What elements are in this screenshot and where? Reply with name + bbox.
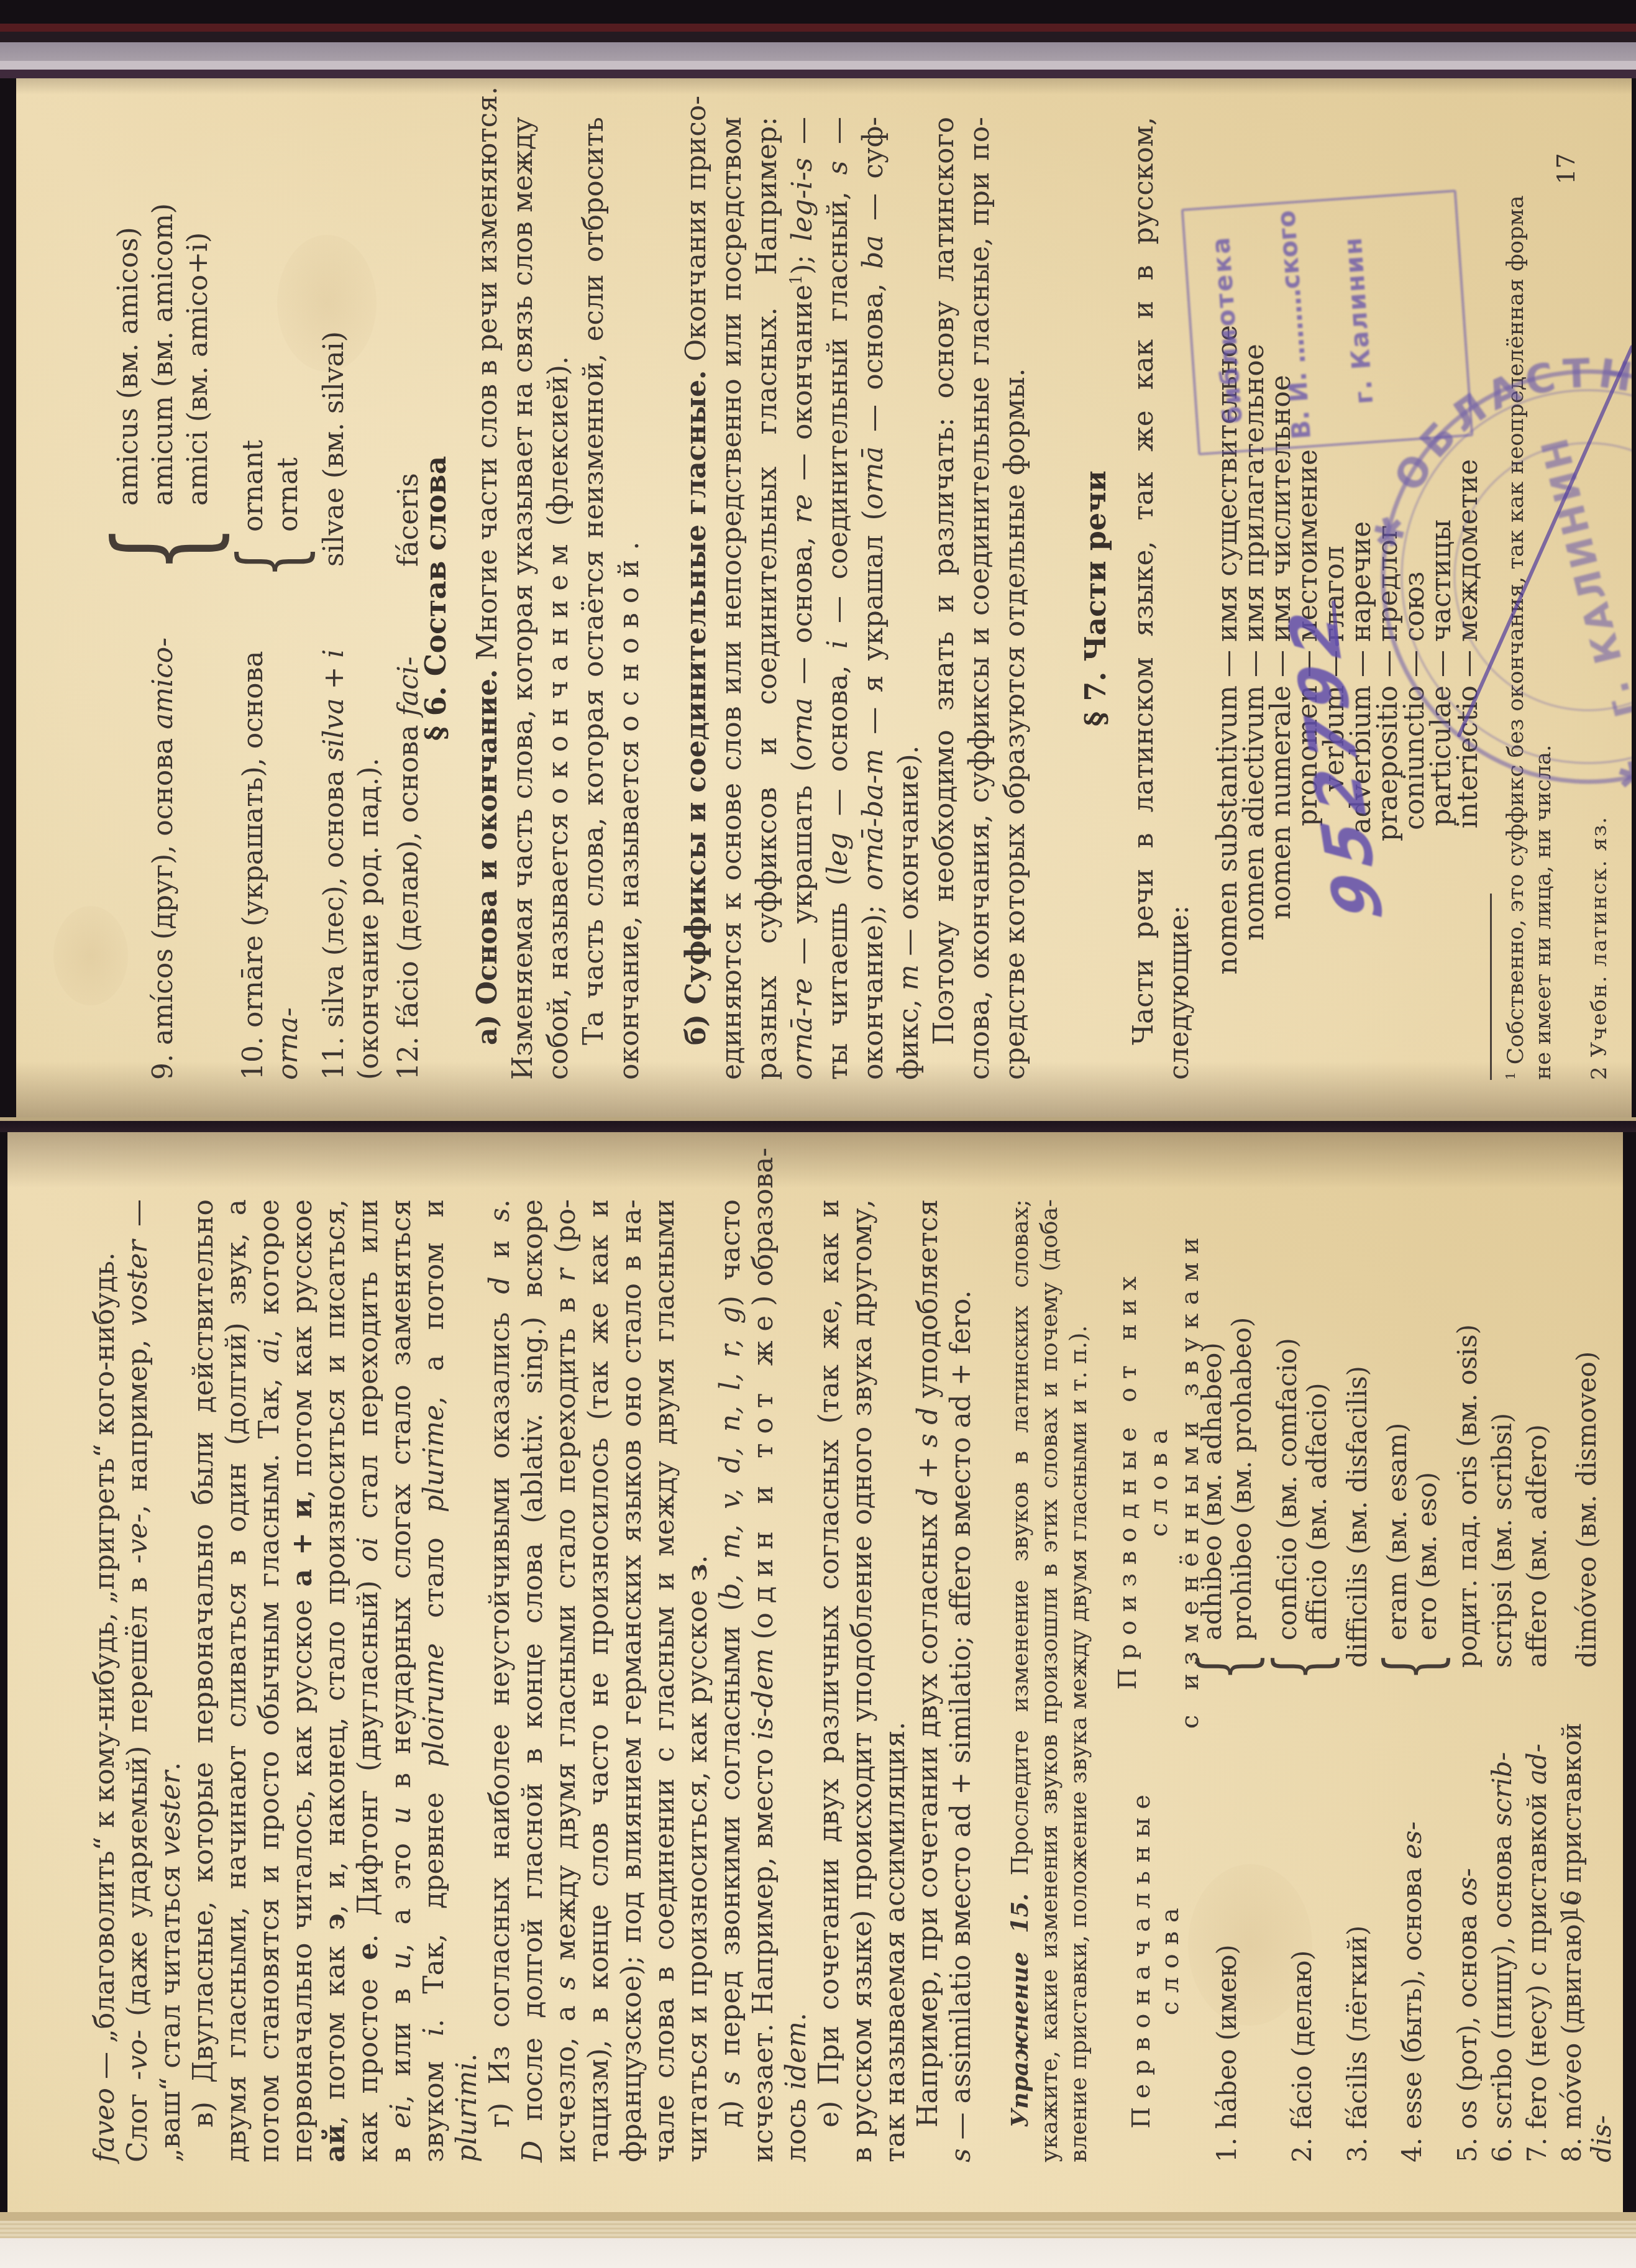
page-16-region: faveo — „благоволить“ к кому-нибудь, „пр… xyxy=(7,1132,1623,2212)
table-row: 10. ornāre (украшать), основа orna-{orna… xyxy=(230,111,312,1080)
page-edge-stack-dark xyxy=(0,2212,1636,2221)
scanner-background-bottom xyxy=(0,2238,1636,2268)
text-line: а) Основа и окончание. Многие части слов… xyxy=(470,117,505,1080)
table-row: 7. fero (несу) с приставкой ad- affero (… xyxy=(1522,1193,1552,2162)
text-line: собой, называется окончанием (флексией). xyxy=(541,117,576,1080)
main-text: faveo — „благоволить“ к кому-нибудь, „пр… xyxy=(88,1199,977,2162)
text-line: в) Двугласные, которые первоначально был… xyxy=(187,1199,220,2162)
text-line: plurimi. xyxy=(450,1199,483,2162)
text-line: в русском языке) происходит уподобление … xyxy=(846,1199,879,2162)
text-line: окончание); ornā-ba-m — я украшал (ornā … xyxy=(856,117,891,1080)
text-line: Например, при сочетании двух согласных d… xyxy=(912,1199,944,2162)
table-row: 2. fácio (делаю){conficio (вм. comfacio)… xyxy=(1267,1193,1337,2162)
text-line: s — assimilatio вместо ad + similatio; a… xyxy=(944,1199,977,2162)
table-row: 1. hábeo (имею){adhibeo (вм. adhabeo)pro… xyxy=(1192,1193,1262,2162)
table-row: 8. móveo (двигаю) с приставкой dis- dimó… xyxy=(1557,1193,1617,2162)
text-line: чале слова в соединении с гласным и межд… xyxy=(648,1199,681,2162)
page-17-region: 9. amícos (друг), основа amico-{amicus (… xyxy=(16,78,1632,1117)
text-line: Та часть слова, которая остаётся неизмен… xyxy=(576,117,611,1080)
brace-glyph: { xyxy=(98,524,229,573)
text-line: французское); под влиянием германских яз… xyxy=(615,1199,648,2162)
text-line: д) s перед звонкими согласными (b, m, v,… xyxy=(714,1199,747,2162)
table-header-right-line1: Производные от них слова xyxy=(1113,1268,1173,1690)
brace-glyph xyxy=(1497,1675,1507,1685)
text-line: как простое е. Дифтонг (двугласный) oi с… xyxy=(352,1199,385,2162)
word-table: 1. hábeo (имею){adhibeo (вм. adhabeo)pro… xyxy=(1192,1193,1622,2162)
text-line: ты читаешь (leg — основа, i — соединител… xyxy=(820,117,856,1080)
brace-glyph: { xyxy=(1190,1653,1264,1681)
spine-shadow xyxy=(0,1121,1636,1132)
text-line: Изменяемая часть слова, которая указывае… xyxy=(505,117,541,1080)
table-row: 5. os (рот), основа os- родит. пад. oris… xyxy=(1453,1193,1483,2162)
brace-glyph xyxy=(1532,1675,1542,1685)
brace-glyph: { xyxy=(227,546,314,578)
text-line: Слог -vo- (даже ударяемый) перешёл в -ve… xyxy=(121,1199,154,2162)
table-header-left: Первоначальные слова xyxy=(1127,1771,1184,2144)
example-list: 9. amícos (друг), основа amico-{amicus (… xyxy=(102,111,431,1080)
brace-glyph xyxy=(1462,1675,1473,1685)
brace-glyph xyxy=(1352,1675,1363,1685)
brace-glyph xyxy=(1581,1675,1592,1685)
printer-signature-mark: 2 Учебн. латинск. яз. xyxy=(1587,816,1612,1080)
page-edge-band-gray xyxy=(0,42,1636,61)
text-line: вление приставки, положение звука между … xyxy=(1064,1199,1093,2162)
section-7-heading: § 7. Части речи xyxy=(1079,117,1112,1080)
table-header-left-label: Первоначальные слова xyxy=(1127,1786,1184,2128)
text-line: разных суффиксов и соединительных гласны… xyxy=(749,117,785,1080)
text-line: тацизм), в конце слов часто не произноси… xyxy=(582,1199,615,2162)
text-line: „ваш“ стал читаться vester. xyxy=(154,1199,187,2162)
brace-glyph xyxy=(317,574,327,584)
page-edge-stack xyxy=(0,2221,1636,2238)
page-number-17: 17 xyxy=(1552,153,1581,185)
page-16: faveo — „благоволить“ к кому-нибудь, „пр… xyxy=(7,1132,1623,2212)
table-row: 6. scribo (пишу), основа scrib- scripsi … xyxy=(1487,1193,1517,2162)
text-line: ай, потом как э, и, наконец, стало произ… xyxy=(319,1199,352,2162)
page-edge-shadow xyxy=(16,78,1632,94)
text-line: е) При сочетании двух различных согласны… xyxy=(813,1199,846,2162)
table-row: 3. fácilis (лёгкий) difficilis (вм. disf… xyxy=(1343,1193,1373,2162)
text-line: укажите, какие изменения звуков произошл… xyxy=(1035,1199,1064,2162)
stamp-inner-text: г. КАЛИНИН xyxy=(1533,431,1632,723)
cover-shadow xyxy=(0,32,1636,42)
text-line: исчезло, а s между двумя гласными стало … xyxy=(549,1199,582,2162)
paragraph-a: а) Основа и окончание. Многие части слов… xyxy=(470,117,647,1080)
scanned-book-spread: { "page17": { "page_number": "17", "sect… xyxy=(0,0,1636,2268)
text-line: звуком i. Так, древнее ploirume стало pl… xyxy=(418,1199,450,2162)
text-line: Части речи в латинском языке, так же как… xyxy=(1126,117,1161,1080)
text-line: окончание, называется основой. xyxy=(611,117,647,1080)
text-line: D после долгой гласной в конце слова (ab… xyxy=(516,1199,549,2162)
text-line: лось idem. xyxy=(780,1199,813,2162)
text-line: Упражнение 15. Проследите изменение звук… xyxy=(1005,1199,1035,2162)
book-cover-edge xyxy=(0,24,1636,32)
text-line: исчезает. Например, вместо is-dem (один … xyxy=(747,1199,780,2162)
text-line: Поэтому необходимо знать и различать: ос… xyxy=(926,117,962,1080)
text-line: г) Из согласных наиболее неустойчивыми о… xyxy=(483,1199,516,2162)
footnote-rule xyxy=(1490,894,1492,1080)
stamp-line: библиотека xyxy=(1205,208,1250,451)
text-line: двумя гласными, начинают сливаться в оди… xyxy=(220,1199,253,2162)
page-edge-band-light xyxy=(0,61,1636,70)
page-17: 9. amícos (друг), основа amico-{amicus (… xyxy=(16,78,1632,1117)
text-line: так называемая ассимиляция. xyxy=(879,1199,912,2162)
brace-glyph xyxy=(404,574,414,584)
text-line: фикс, m — окончание). xyxy=(891,117,926,1080)
text-line: потом становятся и просто обычным гласны… xyxy=(253,1199,286,2162)
exercise-note: Упражнение 15. Проследите изменение звук… xyxy=(1005,1199,1093,2162)
text-line: faveo — „благоволить“ к кому-нибудь, „пр… xyxy=(88,1199,121,2162)
page-edge-dark-line xyxy=(0,70,1636,78)
text-line: читаться и произноситься, как русское з. xyxy=(681,1199,714,2162)
brace-glyph: { xyxy=(1375,1653,1450,1681)
text-line: б) Суффиксы и соединительные гласные. Ок… xyxy=(679,117,714,1080)
text-line: слова, окончания, суффиксы и соединитель… xyxy=(962,117,997,1080)
section-6-heading: § 6. Состав слова xyxy=(419,117,452,1080)
text-line: средстве которых образуются отдельные фо… xyxy=(997,117,1033,1080)
gutter-shadow xyxy=(7,1132,1623,1188)
table-row: 11. silva (лес), основа silva + i(оконча… xyxy=(317,111,386,1080)
text-line: в ei, или в и, а это и в неударных слога… xyxy=(385,1199,418,2162)
brace-glyph: { xyxy=(1265,1653,1340,1681)
page-number-16: 16 xyxy=(1556,1890,1583,1920)
text-line: первоначально читалось, как русское а + … xyxy=(286,1199,319,2162)
text-line: единяются к основе слов или непосредстве… xyxy=(714,117,749,1080)
paragraph-b: б) Суффиксы и соединительные гласные. Ок… xyxy=(679,117,1033,1080)
table-row: 9. amícos (друг), основа amico-{amicus (… xyxy=(102,111,225,1080)
scanner-background-top xyxy=(0,0,1636,24)
table-row: 4. esse (быть), основа es-{eram (вм. esa… xyxy=(1378,1193,1448,2162)
text-line: ornā-re — украшать (orna — основа, re — … xyxy=(785,117,820,1080)
